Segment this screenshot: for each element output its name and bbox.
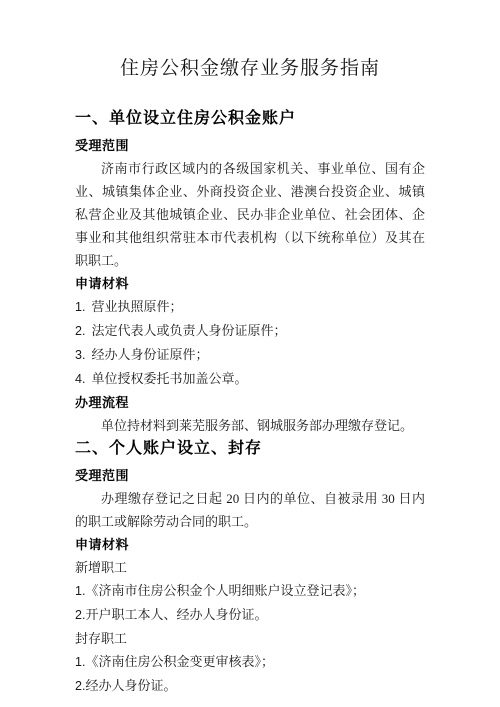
section-1-process-text: 单位持材料到莱芜服务部、钢城服务部办理缴存登记。 [75,414,425,437]
list-item-number: 3. [75,348,85,362]
list-item: 2.经办人身份证。 [75,674,425,698]
list-item-number: 4. [75,372,85,386]
section-1-process-label: 办理流程 [75,391,425,414]
document-title: 住房公积金缴存业务服务指南 [75,55,425,82]
list-item: 1.《济南市住房公积金个人明细账户设立登记表》； [75,579,425,603]
document-page: 住房公积金缴存业务服务指南 一、单位设立住房公积金账户 受理范围 济南市行政区域… [0,0,500,707]
section-2-accept-scope-label: 受理范围 [75,464,425,487]
list-item-text: 法定代表人或负责人身份证原件； [91,323,286,338]
section-1-materials-label: 申请材料 [75,272,425,295]
section-2-materials-label: 申请材料 [75,533,425,556]
list-item: 1.《济南住房公积金变更审核表》； [75,650,425,674]
section-1-accept-scope-label: 受理范围 [75,134,425,157]
list-item: 3.经办人身份证原件； [75,343,425,367]
list-item-number: 2. [75,324,85,338]
list-item-text: 经办人身份证原件； [91,347,208,362]
list-item: 1.营业执照原件； [75,295,425,319]
list-item-number: 1. [75,300,85,314]
section-2-heading: 二、个人账户设立、封存 [75,437,425,461]
new-staff-label: 新增职工 [75,556,425,579]
list-item-number: 1. [75,655,85,669]
list-item: 2.法定代表人或负责人身份证原件； [75,319,425,343]
list-item-text: 经办人身份证。 [85,678,176,693]
list-item-text: 单位授权委托书加盖公章。 [91,371,247,386]
list-item-number: 1. [75,584,85,598]
section-2-accept-scope-text: 办理缴存登记之日起 20 日内的单位、自被录用 30 日内的职工或解除劳动合同的… [75,487,425,533]
list-item: 2.开户职工本人、经办人身份证。 [75,603,425,627]
list-item-text: 开户职工本人、经办人身份证。 [85,607,267,622]
section-1-accept-scope-text: 济南市行政区域内的各级国家机关、事业单位、国有企业、城镇集体企业、外商投资企业、… [75,157,425,272]
sealed-staff-list: 1.《济南住房公积金变更审核表》； 2.经办人身份证。 [75,650,425,698]
list-item-number: 2. [75,679,85,693]
list-item-text: 《济南市住房公积金个人明细账户设立登记表》； [85,583,365,598]
new-staff-list: 1.《济南市住房公积金个人明细账户设立登记表》； 2.开户职工本人、经办人身份证… [75,579,425,627]
list-item-text: 《济南住房公积金变更审核表》； [85,654,274,669]
section-1-heading: 一、单位设立住房公积金账户 [75,107,425,131]
section-1-materials-list: 1.营业执照原件； 2.法定代表人或负责人身份证原件； 3.经办人身份证原件； … [75,295,425,391]
list-item-number: 2. [75,608,85,622]
list-item-text: 营业执照原件； [91,299,182,314]
sealed-staff-label: 封存职工 [75,627,425,650]
list-item: 4.单位授权委托书加盖公章。 [75,367,425,391]
